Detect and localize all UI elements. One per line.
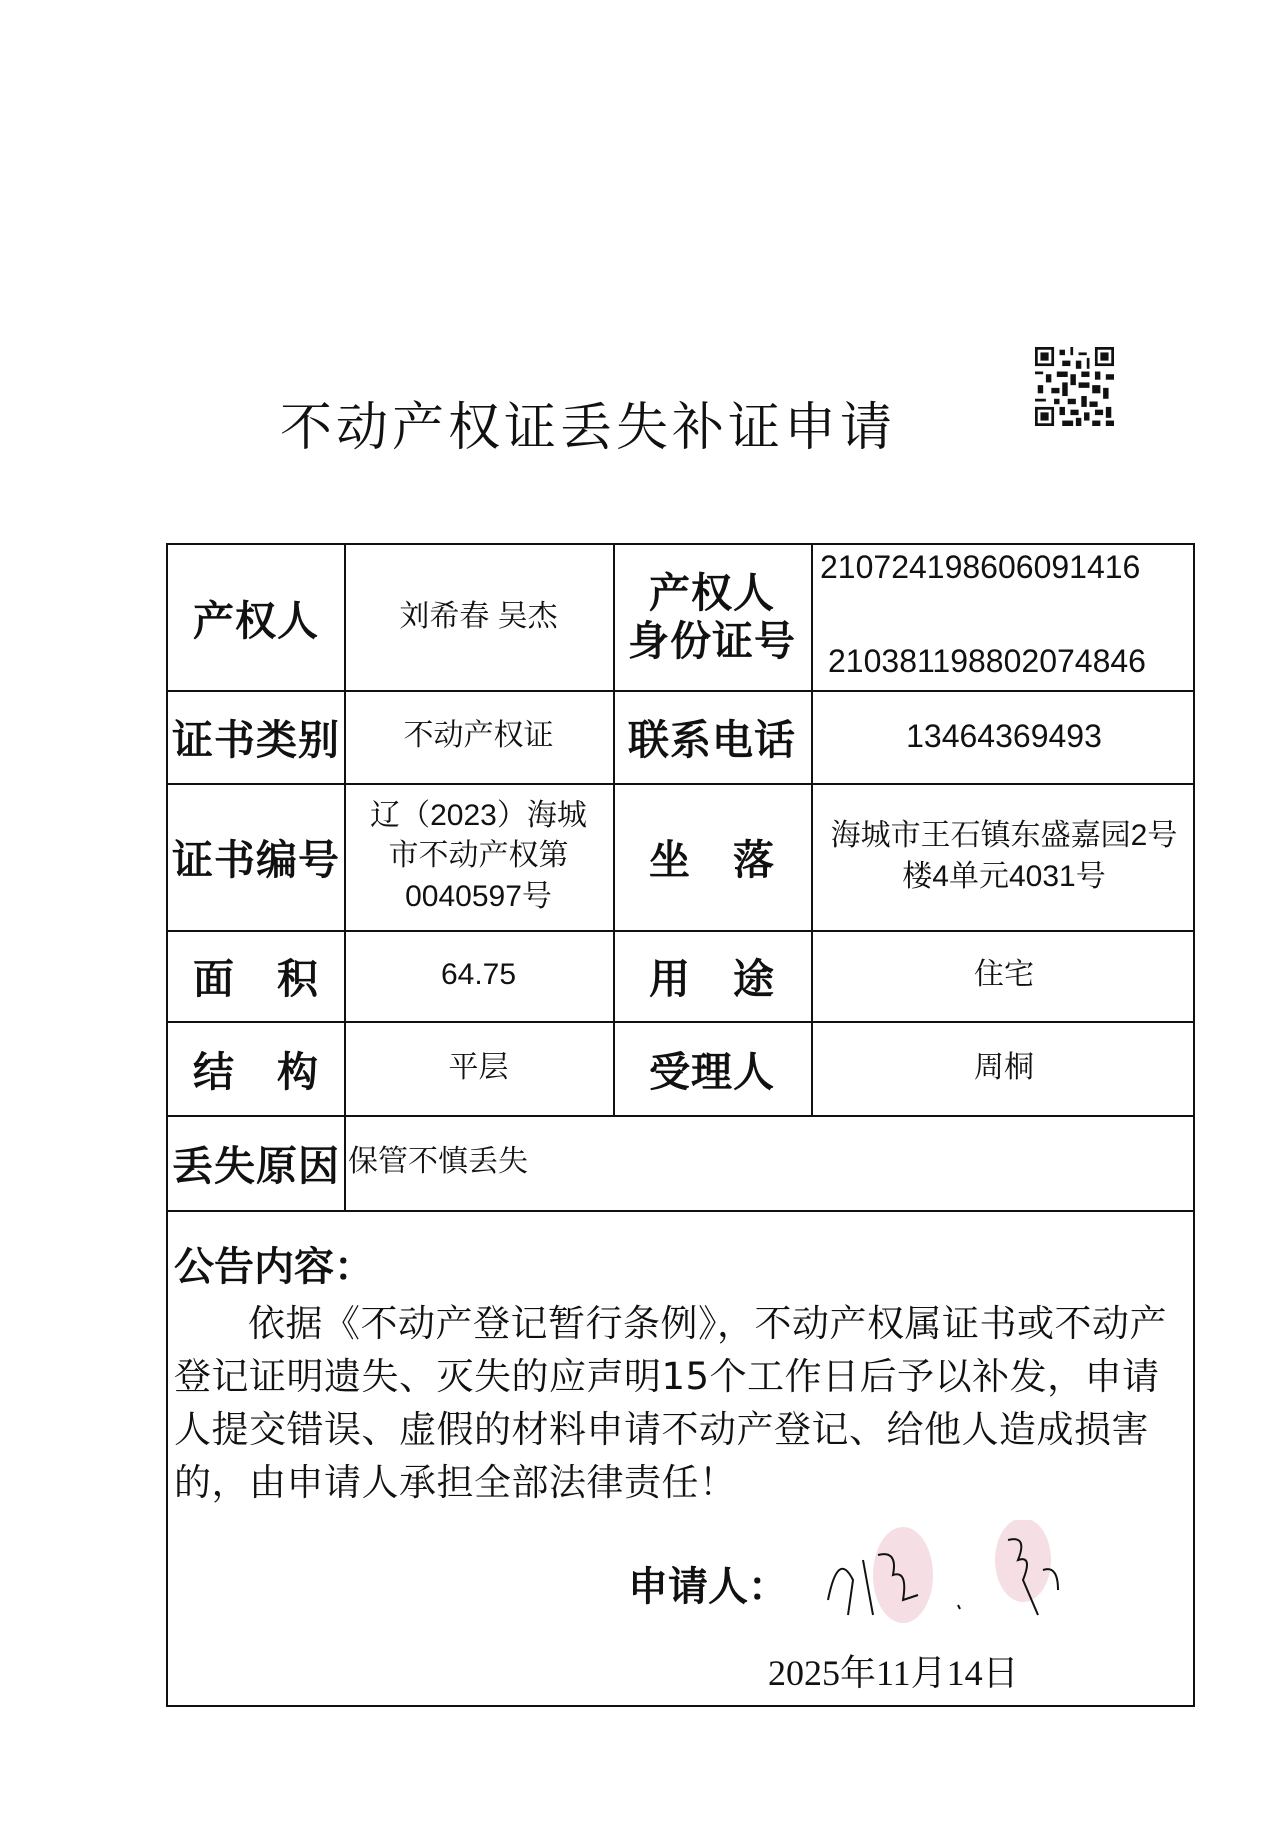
owner-id-value-1: 210724198606091416 — [820, 549, 1140, 586]
owner-id-label: 产权人 身份证号 — [613, 545, 811, 690]
applicant-label: 申请人： — [628, 1555, 788, 1612]
usage-label: 用 途 — [613, 930, 811, 1021]
notice-heading: 公告内容： — [174, 1235, 374, 1292]
cert-no-line2: 市不动产权第 — [389, 836, 569, 877]
phone-label: 联系电话 — [613, 690, 811, 783]
structure-label: 结 构 — [168, 1021, 344, 1115]
cert-no-line1: 辽（2023）海城 — [370, 796, 587, 837]
signature-date: 2025年11月14日 — [768, 1645, 1019, 1696]
notice-body: 依据《不动产登记暂行条例》，不动产权属证书或不动产登记证明遗失、灭失的应声明15… — [174, 1297, 1184, 1509]
qr-code-icon — [1035, 346, 1114, 427]
location-label: 坐 落 — [613, 783, 811, 930]
owner-id-label-line2: 身份证号 — [628, 618, 796, 665]
area-value: 64.75 — [344, 930, 613, 1021]
owner-id-value-2: 210381198802074846 — [828, 643, 1146, 680]
cert-type-label: 证书类别 — [168, 690, 344, 783]
row-divider — [168, 1210, 1193, 1212]
location-line2: 楼4单元4031号 — [902, 857, 1105, 898]
cert-no-label: 证书编号 — [168, 783, 344, 930]
cert-no-line3: 0040597号 — [405, 877, 552, 918]
loss-reason-value: 保管不慎丢失 — [348, 1115, 1188, 1210]
area-label: 面 积 — [168, 930, 344, 1021]
owner-label: 产权人 — [168, 545, 344, 690]
application-form-table: 产权人 刘希春 吴杰 产权人 身份证号 210724198606091416 2… — [166, 543, 1195, 1707]
handler-label: 受理人 — [613, 1021, 811, 1115]
owner-value: 刘希春 吴杰 — [344, 545, 613, 690]
cert-no-value: 辽（2023）海城 市不动产权第 0040597号 — [344, 783, 613, 930]
cert-type-value: 不动产权证 — [344, 690, 613, 783]
location-line1: 海城市王石镇东盛嘉园2号 — [831, 816, 1178, 857]
owner-id-label-line1: 产权人 — [649, 570, 775, 617]
structure-value: 平层 — [344, 1021, 613, 1115]
location-value: 海城市王石镇东盛嘉园2号 楼4单元4031号 — [811, 783, 1197, 930]
loss-reason-label: 丢失原因 — [168, 1115, 344, 1210]
handler-value: 周桐 — [811, 1021, 1197, 1115]
document-title: 不动产权证丢失补证申请 — [280, 385, 900, 460]
usage-value: 住宅 — [811, 930, 1197, 1021]
phone-value: 13464369493 — [811, 690, 1197, 783]
signature-with-fingerprint-icon — [808, 1520, 1108, 1630]
